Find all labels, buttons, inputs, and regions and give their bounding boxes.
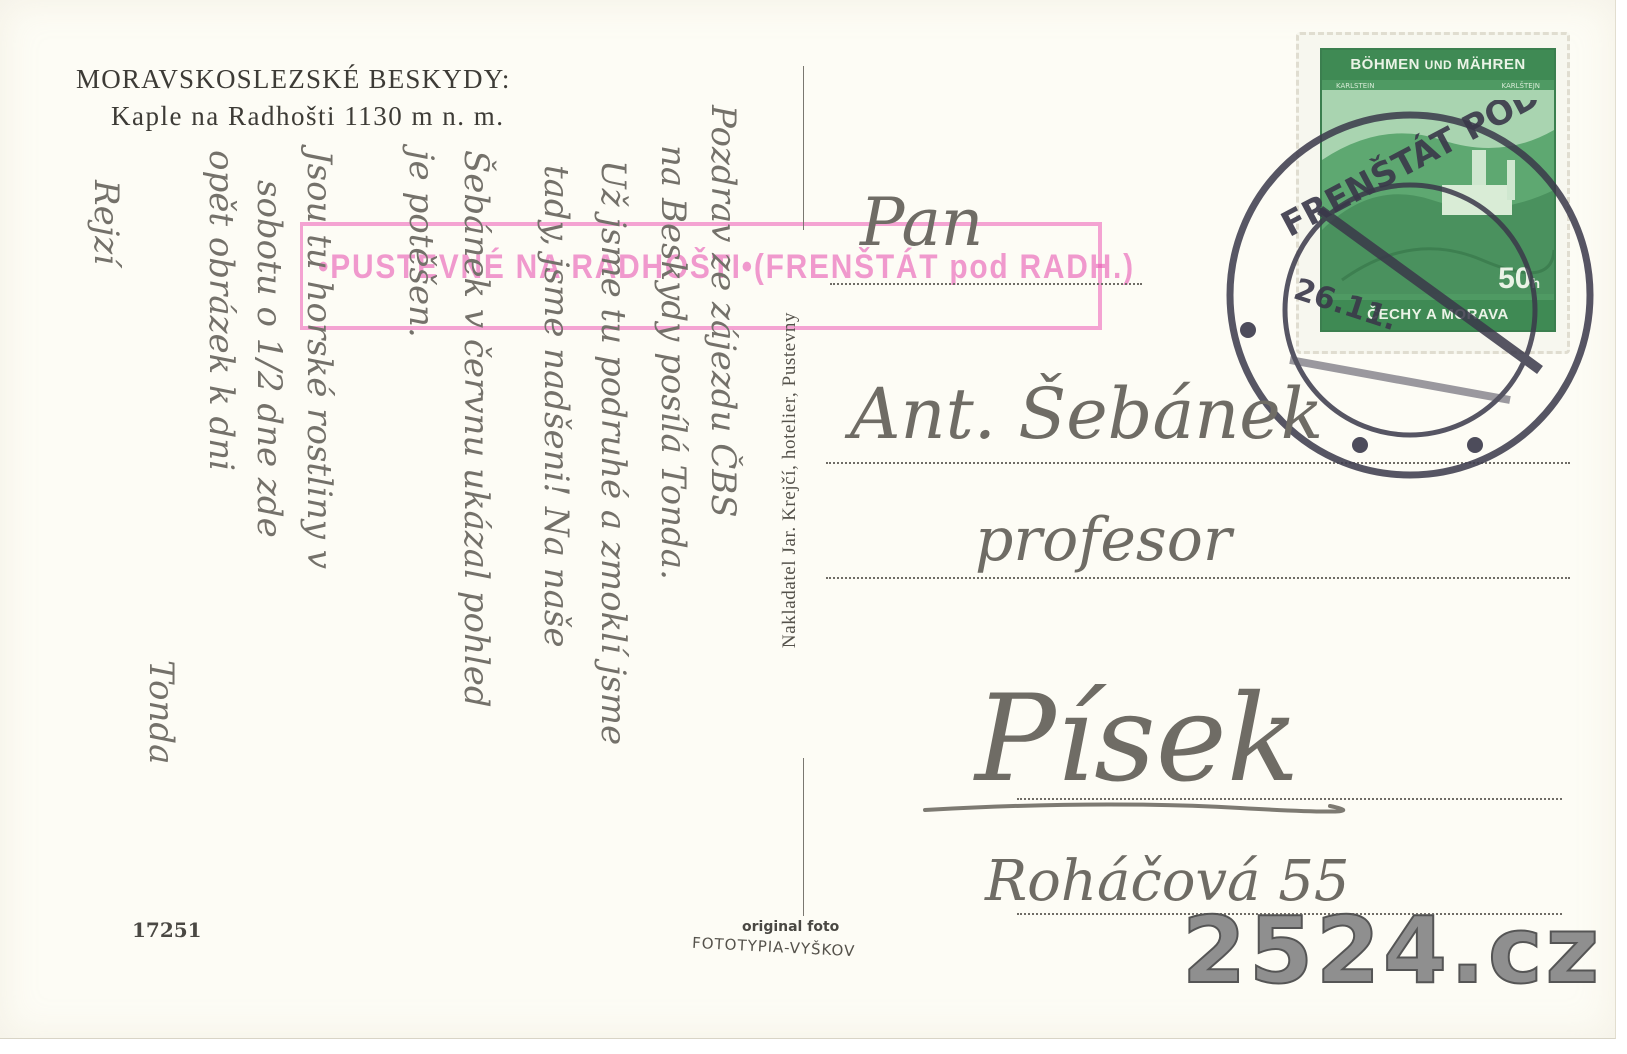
divider-line-top [803, 66, 804, 230]
cachet-text: •PUSTEVNÉ NA RADHOŠTI•(FRENŠTÁT pod RADH… [318, 248, 1135, 287]
svg-text:FRENŠTÁT POD R: FRENŠTÁT POD R [1274, 100, 1580, 246]
stamp-caption-left: KARLSTEIN [1336, 82, 1374, 90]
serial-number: 17251 [132, 918, 202, 942]
postmark-icon: FRENŠTÁT POD R 26.11. [1210, 100, 1610, 490]
partial-postmark-icon [1430, 0, 1627, 30]
stamp-country-a: BÖHMEN [1350, 56, 1420, 73]
postcard-subtitle: Kaple na Radhošti 1130 m n. m. [111, 101, 504, 132]
stamp-country-label: BÖHMEN UND MÄHREN [1322, 50, 1554, 80]
address-line-4 [1017, 798, 1562, 800]
divider-line-bottom [803, 758, 804, 916]
publisher-imprint: Nakladatel Jar. Krejčí, hotelier, Pustev… [779, 312, 801, 648]
photo-credit: original foto [742, 919, 839, 935]
svg-text:26.11.: 26.11. [1289, 272, 1401, 338]
stamp-caption-right: KARLŠTEJN [1502, 82, 1540, 90]
address-line-1 [830, 283, 1142, 285]
site-watermark: 2524.cz [1182, 905, 1602, 997]
stamp-country-und: UND [1425, 58, 1453, 72]
postcard-title: MORAVSKOSLEZSKÉ BESKYDY: [76, 64, 511, 95]
address-line-3 [826, 577, 1570, 579]
stamp-country-b: MÄHREN [1457, 56, 1526, 73]
